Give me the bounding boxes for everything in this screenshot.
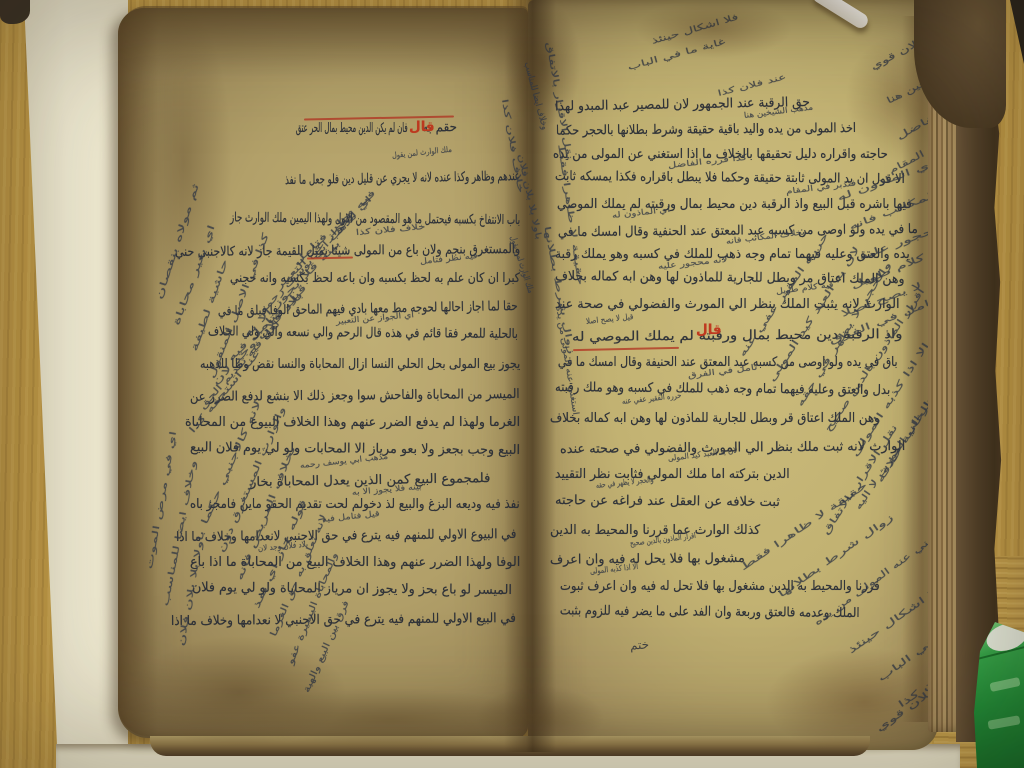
manuscript-right-page [528,0,938,750]
book-gutter-shadow [504,0,556,752]
photo-dark-corner [1004,0,1024,64]
paper-sheet-under-book [16,0,128,768]
carton-print-mark [987,715,1020,729]
manuscript-left-page [118,8,528,738]
manuscript-photo-scene: قال قال ختم حقم بهفان لم يكن الدين محيط … [0,0,1024,768]
carton-print-mark [989,677,1020,692]
